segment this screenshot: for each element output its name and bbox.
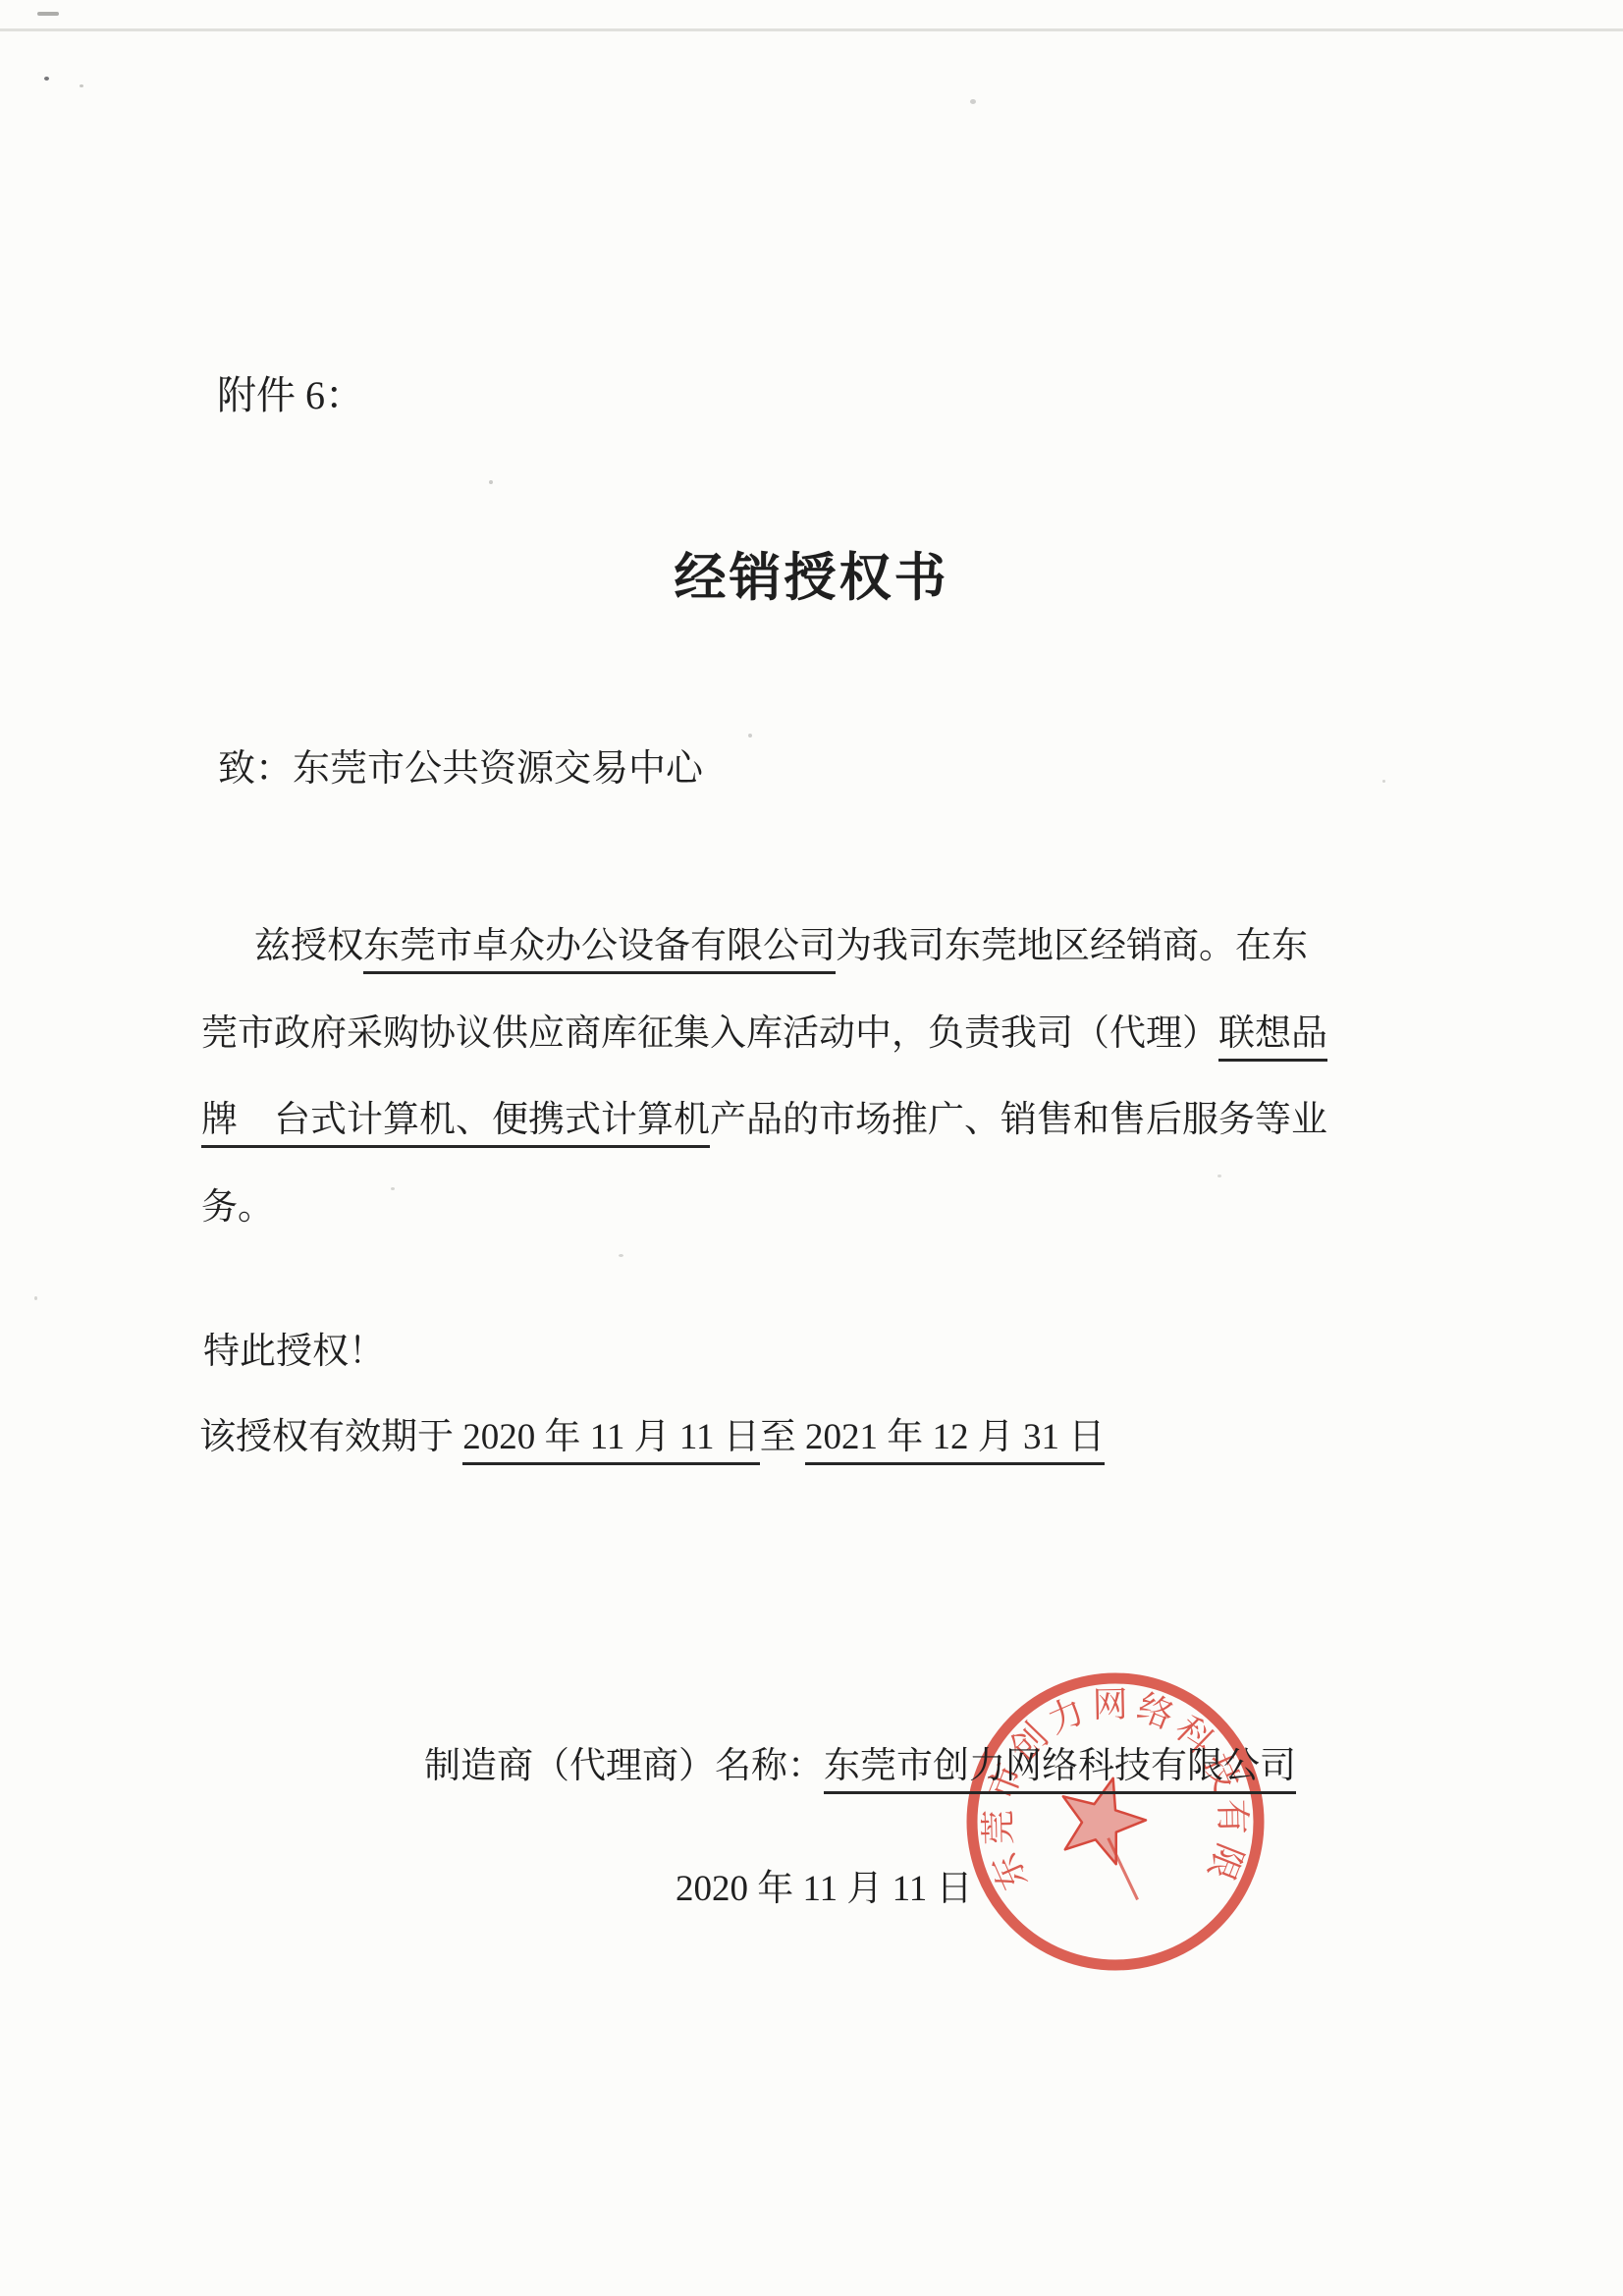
scanned-document-page: 东莞市创力网络科技有限公司 附件 6： 经销授权书 致：东莞市公共资源交易中心 … <box>0 0 1623 2296</box>
scan-speck <box>970 99 976 104</box>
scan-speck <box>489 480 493 484</box>
scan-speck <box>1217 1175 1221 1177</box>
scan-speck <box>44 77 49 81</box>
underlined-start-date: 2020 年 11 月 11 日 <box>462 1417 760 1465</box>
validity-line: 该授权有效期于 2020 年 11 月 11 日至 2021 年 12 月 31… <box>199 1415 1105 1460</box>
manufacturer-line: 制造商（代理商）名称：东莞市创力网络科技有限公司 <box>424 1744 1296 1789</box>
body-text: 产品的市场推广、销售和售后服务等业 <box>710 1100 1327 1140</box>
body-text: 莞市政府采购协议供应商库征集入库活动中，负责我司（代理） <box>201 1013 1218 1054</box>
scan-speck <box>619 1254 623 1257</box>
scan-streak <box>0 28 1623 31</box>
body-line-2: 莞市政府采购协议供应商库征集入库活动中，负责我司（代理）联想品 <box>201 1011 1327 1057</box>
underlined-manufacturer-company: 东莞市创力网络科技有限公司 <box>824 1746 1296 1794</box>
validity-prefix: 该授权有效期于 <box>199 1417 462 1457</box>
validity-middle: 至 <box>760 1417 805 1457</box>
underlined-products: 牌 台式计算机、便携式计算机 <box>201 1100 710 1148</box>
scan-speck <box>37 12 59 16</box>
attachment-label: 附件 6： <box>217 364 364 420</box>
scan-speck <box>748 734 752 738</box>
body-line-4: 务。 <box>201 1185 274 1230</box>
body-line-3: 牌 台式计算机、便携式计算机产品的市场推广、销售和售后服务等业 <box>201 1098 1327 1143</box>
body-text: 为我司东莞地区经销商。在东 <box>836 926 1308 966</box>
underlined-brand: 联想品 <box>1218 1013 1327 1062</box>
body-line-1: 兹授权东莞市卓众办公设备有限公司为我司东莞地区经销商。在东 <box>201 924 1308 969</box>
underlined-end-date: 2021 年 12 月 31 日 <box>805 1417 1105 1465</box>
company-seal-stamp: 东莞市创力网络科技有限公司 <box>957 1665 1273 1981</box>
document-title: 经销授权书 <box>0 536 1623 611</box>
recipient-line: 致：东莞市公共资源交易中心 <box>218 738 703 792</box>
scan-speck <box>391 1187 395 1190</box>
issue-date: 2020 年 11 月 11 日 <box>676 1867 973 1912</box>
scan-speck <box>80 84 83 87</box>
scan-speck <box>34 1296 37 1300</box>
manufacturer-label: 制造商（代理商）名称： <box>424 1746 824 1786</box>
scan-speck <box>1382 780 1385 783</box>
body-text: 兹授权 <box>254 926 363 966</box>
grant-statement: 特此授权！ <box>203 1330 385 1375</box>
underlined-dealer-company: 东莞市卓众办公设备有限公司 <box>363 926 836 974</box>
